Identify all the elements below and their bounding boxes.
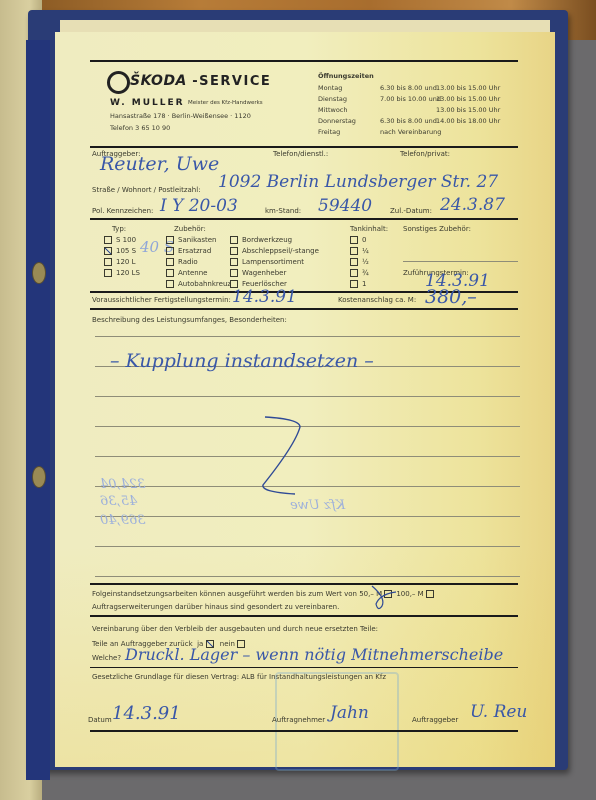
- checkbox-item[interactable]: 120 L: [104, 258, 136, 266]
- zul-value[interactable]: 24.3.87: [440, 195, 505, 215]
- divider: [90, 615, 518, 617]
- hours-afternoon: 14.00 bis 18.00 Uhr: [436, 117, 500, 125]
- sonstiges-label: Sonstiges Zubehör:: [403, 225, 471, 233]
- checkbox-label: 105 S: [116, 247, 136, 255]
- hours-morning: nach Vereinbarung: [380, 128, 441, 136]
- checkbox[interactable]: [230, 258, 238, 266]
- checkbox-item[interactable]: 0: [350, 236, 366, 244]
- writing-line: [95, 576, 520, 577]
- checkbox-item[interactable]: 1: [350, 280, 366, 288]
- binder-strip: [26, 40, 50, 780]
- owner-name: W. MULLER: [110, 98, 185, 108]
- checkbox-item[interactable]: Radio: [166, 258, 198, 266]
- strasse-label: Straße / Wohnort / Postleitzahl:: [92, 186, 201, 194]
- checkbox-label: Wagenheber: [242, 269, 286, 277]
- checkbox[interactable]: [350, 280, 358, 288]
- checkbox-label: Abschleppseil/-stange: [242, 247, 319, 255]
- kennzeichen-value[interactable]: I Y 20-03: [160, 196, 238, 216]
- kosten-value[interactable]: 380,–: [425, 286, 477, 308]
- checkbox-item[interactable]: Autobahnkreuz: [166, 280, 231, 288]
- beschreibung-label: Beschreibung des Leistungsumfanges, Beso…: [92, 316, 287, 324]
- checkbox-label: ½: [362, 258, 369, 266]
- checkmark-scribble: [370, 584, 400, 614]
- divider: [90, 146, 518, 148]
- typ-label: Typ:: [112, 225, 126, 233]
- writing-line: [95, 516, 520, 517]
- bleed-through-3: 369,40: [100, 513, 146, 528]
- sonstiges-line: [403, 261, 518, 262]
- checkbox-label: Ersatzrad: [178, 247, 211, 255]
- checkbox-label: Antenne: [178, 269, 207, 277]
- divider: [90, 667, 518, 668]
- checkbox-label: 0: [362, 236, 366, 244]
- strasse-value[interactable]: 1092 Berlin Lundsberger Str. 27: [218, 172, 498, 192]
- hours-afternoon: 13.00 bis 15.00 Uhr: [436, 95, 500, 103]
- checkbox-label: ¼: [362, 247, 369, 255]
- beschreibung-value[interactable]: – Kupplung instandsetzen –: [110, 350, 374, 372]
- checkbox-item[interactable]: Bordwerkzeug: [230, 236, 292, 244]
- hours-day: Montag: [318, 84, 342, 92]
- divider: [90, 218, 518, 220]
- checkbox[interactable]: [166, 280, 174, 288]
- checkbox[interactable]: [350, 269, 358, 277]
- checkbox-label: 120 L: [116, 258, 136, 266]
- checkbox[interactable]: [230, 269, 238, 277]
- checkbox-label: Lampensortiment: [242, 258, 304, 266]
- auftraggeber-value[interactable]: Reuter, Uwe: [100, 153, 219, 175]
- checkbox-item[interactable]: S 100: [104, 236, 136, 244]
- tel-privat-label: Telefon/privat:: [400, 150, 450, 158]
- hours-day: Freitag: [318, 128, 340, 136]
- kennzeichen-label: Pol. Kennzeichen:: [92, 207, 153, 215]
- owner-title: Meister des Kfz-Handwerks: [188, 100, 263, 106]
- km-value[interactable]: 59440: [318, 196, 372, 216]
- checkbox-label: Sanikasten: [178, 236, 216, 244]
- brand-title: ŠKODA -SERVICE: [130, 73, 271, 89]
- bleed-through-1: 324,04: [100, 475, 146, 494]
- opening-hours-title: Öffnungszeiten: [318, 72, 374, 80]
- bleed-through-2: 45,36: [100, 494, 137, 509]
- skoda-logo-icon: [107, 71, 130, 94]
- checkbox-label: S 100: [116, 236, 136, 244]
- writing-line: [95, 396, 520, 397]
- checkbox[interactable]: [104, 258, 112, 266]
- kosten-label: Kostenanschlag ca. M:: [338, 296, 416, 304]
- checkbox-item[interactable]: Lampensortiment: [230, 258, 304, 266]
- checkbox-item[interactable]: 105 S: [104, 247, 136, 255]
- checkbox-item[interactable]: 120 LS: [104, 269, 140, 277]
- zul-label: Zul.-Datum:: [390, 207, 432, 215]
- checkbox-label: 120 LS: [116, 269, 140, 277]
- auftraggeber-signature[interactable]: U. Reu: [470, 702, 527, 722]
- divider: [90, 583, 518, 585]
- phone: Telefon 3 65 10 90: [110, 124, 170, 132]
- divider: [90, 308, 518, 310]
- erweiterung-text: Auftragserweiterungen darüber hinaus sin…: [92, 603, 339, 611]
- checkbox-label: Bordwerkzeug: [242, 236, 292, 244]
- hours-day: Dienstag: [318, 95, 347, 103]
- vereinbarung-text: Vereinbarung über den Verbleib der ausge…: [92, 625, 378, 633]
- auftraggeber-sig-label: Auftraggeber: [412, 716, 458, 724]
- checkbox-item[interactable]: Sanikasten: [166, 236, 216, 244]
- checkbox[interactable]: [104, 247, 112, 255]
- checkbox-item[interactable]: ½: [350, 258, 369, 266]
- binder-hole: [32, 262, 46, 284]
- checkbox[interactable]: [350, 258, 358, 266]
- checkbox[interactable]: [104, 269, 112, 277]
- fertig-value[interactable]: 14.3.91: [232, 287, 297, 307]
- hours-morning: 6.30 bis 8.00 und: [380, 117, 437, 125]
- hours-afternoon: 13.00 bis 15.00 Uhr: [436, 84, 500, 92]
- checkbox-label: ¾: [362, 269, 369, 277]
- checkbox-item[interactable]: ¾: [350, 269, 369, 277]
- checkbox[interactable]: [230, 247, 238, 255]
- datum-label: Datum: [88, 716, 112, 724]
- bleed-through-4: Kfz Uwe: [290, 498, 345, 513]
- checkbox-item[interactable]: Wagenheber: [230, 269, 286, 277]
- hours-afternoon: 13.00 bis 15.00 Uhr: [436, 106, 500, 114]
- hours-day: Mittwoch: [318, 106, 348, 114]
- welche-label: Welche?: [92, 654, 121, 662]
- binder-hole: [32, 466, 46, 488]
- hours-morning: 6.30 bis 8.00 und: [380, 84, 437, 92]
- checkbox-label: Autobahnkreuz: [178, 280, 231, 288]
- checkbox-item[interactable]: Ersatzrad: [166, 247, 211, 255]
- checkbox[interactable]: [166, 247, 174, 255]
- fertig-label: Voraussichtlicher Fertigstellungstermin:: [92, 296, 231, 304]
- checkbox-label: Radio: [178, 258, 198, 266]
- checkbox[interactable]: [166, 236, 174, 244]
- auftragnehmer-label: Auftragnehmer: [272, 716, 325, 724]
- tel-dienst-label: Telefon/dienstl.:: [273, 150, 328, 158]
- tank-label: Tankinhalt:: [350, 225, 388, 233]
- checkbox[interactable]: [166, 269, 174, 277]
- checkbox-item[interactable]: ¼: [350, 247, 369, 255]
- checkbox-100[interactable]: [426, 590, 434, 598]
- checkbox-label: 1: [362, 280, 366, 288]
- checkbox-item[interactable]: Abschleppseil/-stange: [230, 247, 319, 255]
- divider: [90, 60, 518, 62]
- z-strike-mark: [255, 415, 335, 495]
- welche-value[interactable]: Druckl. Lager – wenn nötig Mitnehmersche…: [125, 645, 503, 664]
- hours-morning: 7.00 bis 10.00 und: [380, 95, 441, 103]
- checkbox-item[interactable]: Antenne: [166, 269, 207, 277]
- checkbox[interactable]: [350, 247, 358, 255]
- auftragnehmer-signature[interactable]: Jahn: [330, 703, 369, 723]
- checkbox[interactable]: [166, 258, 174, 266]
- checkbox[interactable]: [104, 236, 112, 244]
- divider: [90, 730, 518, 732]
- writing-line: [95, 336, 520, 337]
- writing-line: [95, 546, 520, 547]
- address: Hansastraße 178 · Berlin-Weißensee · 112…: [110, 112, 251, 120]
- hours-day: Donnerstag: [318, 117, 356, 125]
- km-label: km-Stand:: [265, 207, 301, 215]
- datum-value[interactable]: 14.3.91: [112, 703, 181, 724]
- checkbox[interactable]: [230, 236, 238, 244]
- zubehoer-label: Zubehör:: [174, 225, 206, 233]
- checkbox[interactable]: [350, 236, 358, 244]
